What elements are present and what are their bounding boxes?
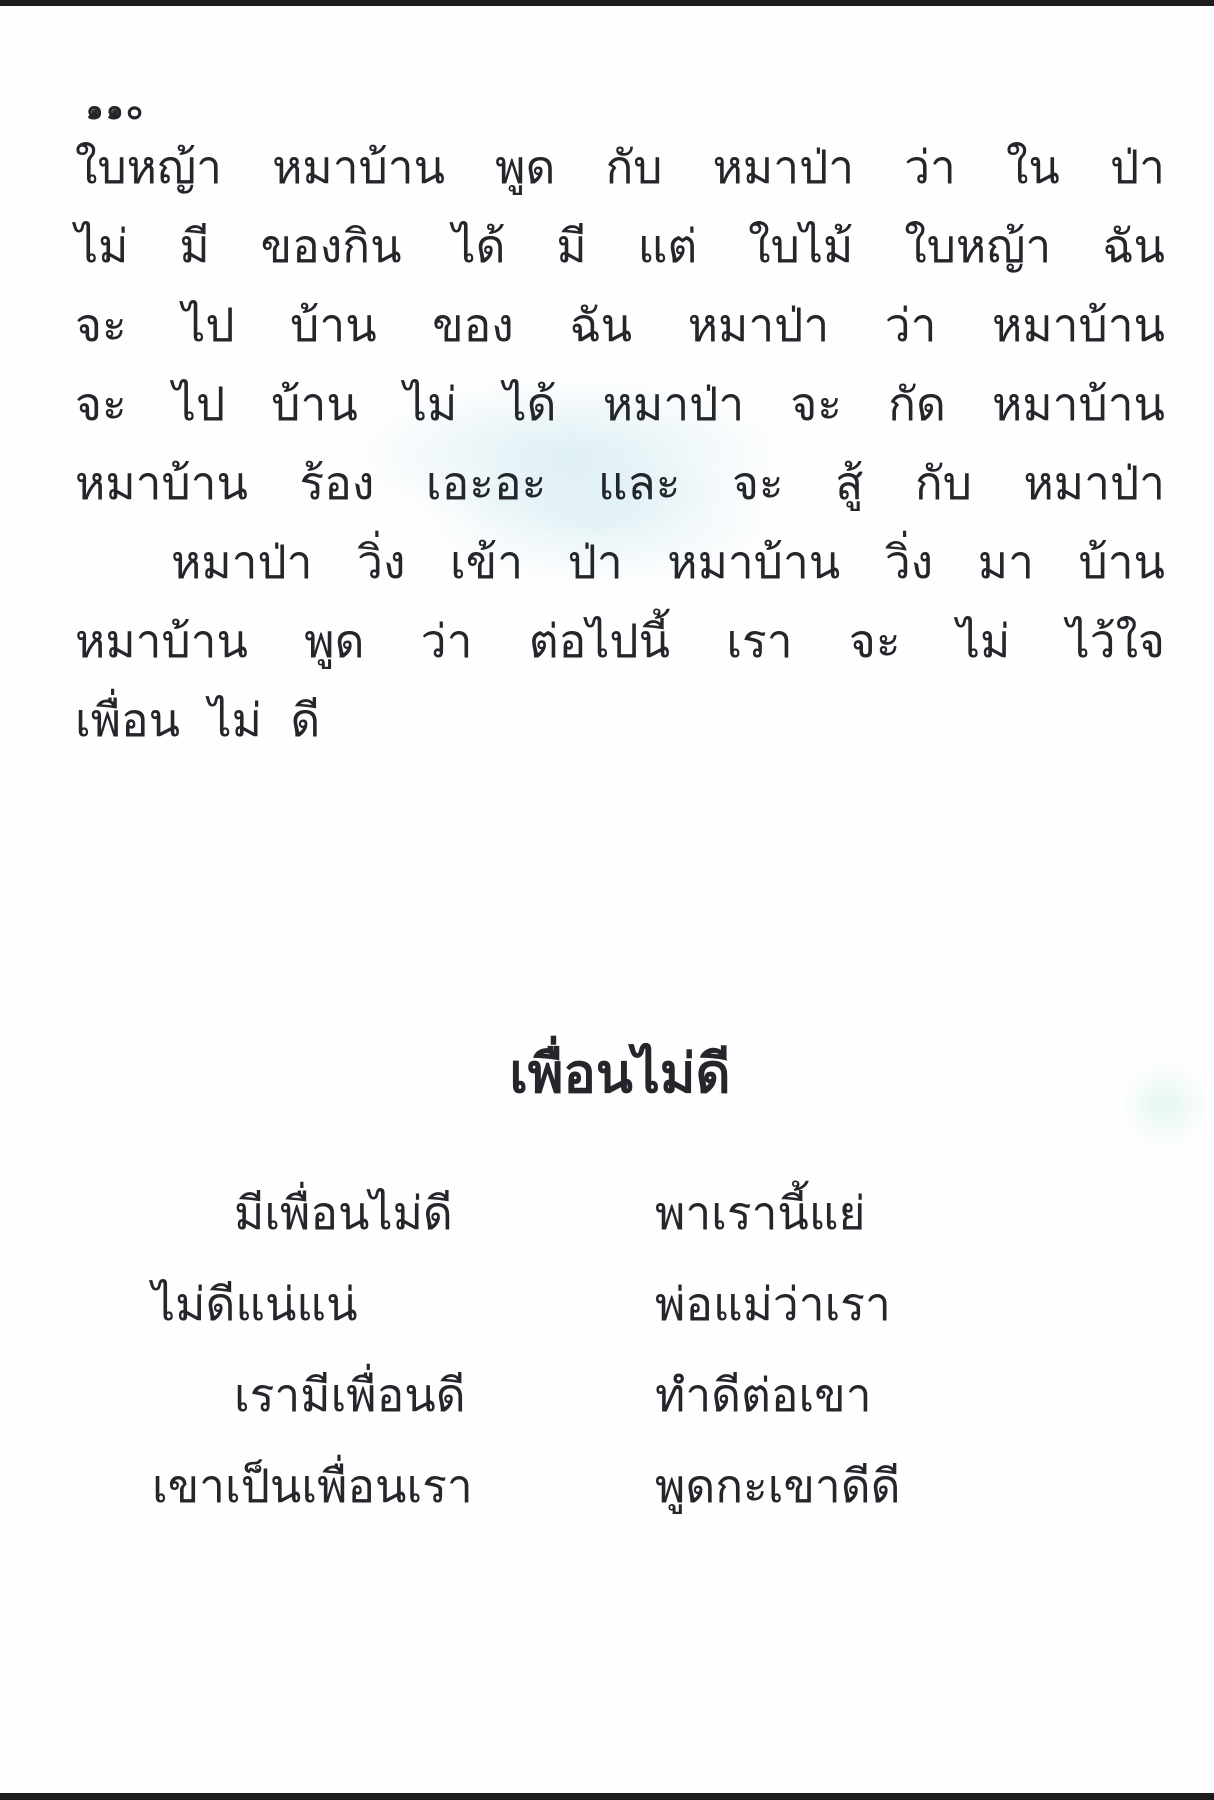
poem-line-4-right: พูดกะเขาดีดี (655, 1441, 1112, 1532)
story-line-1: ใบหญ้า หมาบ้าน พูด กับ หมาป่า ว่า ใน ป่า (75, 128, 1165, 207)
poem-line-1-right: พาเรานี้แย่ (655, 1168, 1112, 1259)
scan-edge-bottom (0, 1793, 1214, 1800)
poem-stanza: มีเพื่อนไม่ดี พาเรานี้แย่ ไม่ดีแน่แน่ พ่… (152, 1168, 1112, 1532)
poem-title: เพื่อนไม่ดี (75, 1032, 1165, 1116)
story-line-7: หมาบ้าน พูด ว่า ต่อไปนี้ เรา จะ ไม่ ไว้ใ… (75, 602, 1165, 681)
poem-line-1-left: มีเพื่อนไม่ดี (152, 1168, 655, 1259)
poem-line-4-left: เขาเป็นเพื่อนเรา (152, 1441, 655, 1532)
page-number: ๑๑๐ (86, 88, 146, 131)
story-line-3: จะ ไป บ้าน ของ ฉัน หมาป่า ว่า หมาบ้าน (75, 286, 1165, 365)
story-line-6: หมาป่า วิ่ง เข้า ป่า หมาบ้าน วิ่ง มา บ้า… (75, 523, 1165, 602)
poem-line-3-left: เรามีเพื่อนดี (152, 1350, 655, 1441)
poem-line-2-right: พ่อแม่ว่าเรา (655, 1259, 1112, 1350)
scanned-book-page: ๑๑๐ ใบหญ้า หมาบ้าน พูด กับ หมาป่า ว่า ใน… (0, 0, 1214, 1800)
story-line-4: จะ ไป บ้าน ไม่ ได้ หมาป่า จะ กัด หมาบ้าน (75, 365, 1165, 444)
poem-line-3-right: ทำดีต่อเขา (655, 1350, 1112, 1441)
poem-line-2-left: ไม่ดีแน่แน่ (152, 1259, 655, 1350)
story-line-2: ไม่ มี ของกิน ได้ มี แต่ ใบไม้ ใบหญ้า ฉั… (75, 207, 1165, 286)
story-line-8: เพื่อน ไม่ ดี (75, 681, 1165, 760)
scan-edge-top (0, 0, 1214, 6)
story-line-5: หมาบ้าน ร้อง เอะอะ และ จะ สู้ กับ หมาป่า (75, 444, 1165, 523)
story-paragraph: ใบหญ้า หมาบ้าน พูด กับ หมาป่า ว่า ใน ป่า… (75, 128, 1165, 760)
